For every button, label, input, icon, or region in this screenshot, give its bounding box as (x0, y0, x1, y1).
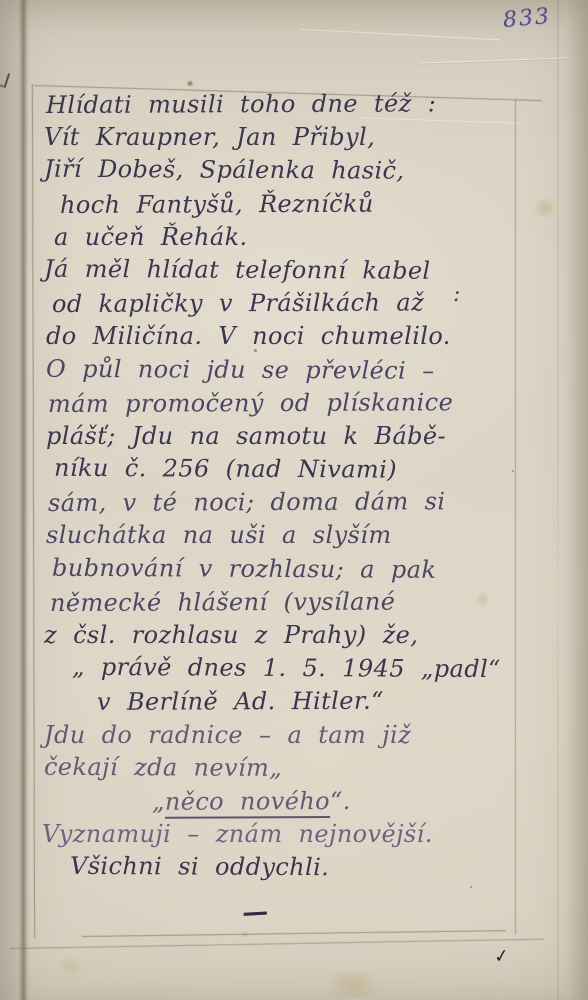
manuscript-line: Jdu do radnice – a tam již (44, 719, 520, 752)
pencil-frame-bottom (82, 930, 506, 937)
pencil-frame-left (32, 84, 36, 938)
manuscript-line: z čsl. rozhlasu z Prahy) že, (44, 619, 520, 652)
checkmark-icon: ✓ (493, 945, 511, 968)
pencil-baseline (10, 939, 544, 950)
manuscript-line: sám, v té noci; doma dám si (48, 485, 520, 520)
manuscript-line: od kapličky v Prášilkách až (52, 286, 520, 321)
manuscript-line: Jiří Dobeš, Spálenka hasič, (44, 153, 520, 189)
manuscript-line: mám promočený od plískanice (48, 386, 520, 421)
right-crease-line (557, 0, 559, 1000)
paper-stain (52, 958, 88, 974)
manuscript-line: sluchátka na uši a slyším (46, 519, 520, 552)
paper-stain (532, 198, 558, 218)
quote-close-mark: “. (330, 787, 351, 815)
quote-open-mark: „ (152, 788, 165, 816)
manuscript-line: Všichni si oddychli. (70, 850, 520, 886)
manuscript-page-photo: 833 Hlídati musili toho dne též : Vít Kr… (0, 0, 588, 1000)
end-separator-dash: — (241, 882, 520, 930)
manuscript-line: „ právě dnes 1. 5. 1945 „padl“ (72, 651, 520, 687)
manuscript-line: níku č. 256 (nad Nivami) (54, 452, 520, 488)
manuscript-line: německé hlášení (vysílané (50, 585, 520, 620)
ink-stain (186, 80, 194, 87)
manuscript-line: v Berlíně Ad. Hitler.“ (97, 684, 520, 719)
manuscript-line: hoch Fantyšů, Řezníčků (60, 187, 520, 222)
page-number: 833 (502, 4, 552, 33)
manuscript-line: a učeň Řehák. (54, 221, 520, 254)
underlined-phrase: něco nového (165, 787, 330, 819)
manuscript-line: bubnování v rozhlasu; a pak (52, 551, 520, 587)
handwritten-text-block: Hlídati musili toho dne též : Vít Kraupn… (42, 88, 520, 923)
manuscript-line: plášť; Jdu na samotu k Bábě- (46, 420, 520, 453)
manuscript-line: do Miličína. V noci chumelilo. (46, 320, 520, 353)
facing-page-edge (0, 0, 20, 1000)
paper-scratch (300, 29, 500, 40)
right-page-edge (566, 0, 588, 1000)
manuscript-line-underlined: „něco nového“. (152, 784, 520, 819)
manuscript-line: čekají zda nevím„ (44, 751, 520, 787)
paper-stain (318, 972, 388, 998)
manuscript-line: Hlídati musili toho dne též : (46, 87, 520, 122)
paper-scratch (420, 57, 570, 63)
manuscript-line: Já měl hlídat telefonní kabel (44, 253, 520, 289)
manuscript-line: Vít Kraupner, Jan Přibyl, (44, 121, 520, 154)
manuscript-line: O půl noci jdu se převléci – (46, 352, 520, 388)
stray-colon-mark: : (453, 282, 460, 307)
manuscript-line: Vyznamuji – znám nejnovější. (42, 818, 520, 851)
gutter-crease (19, 0, 29, 1000)
